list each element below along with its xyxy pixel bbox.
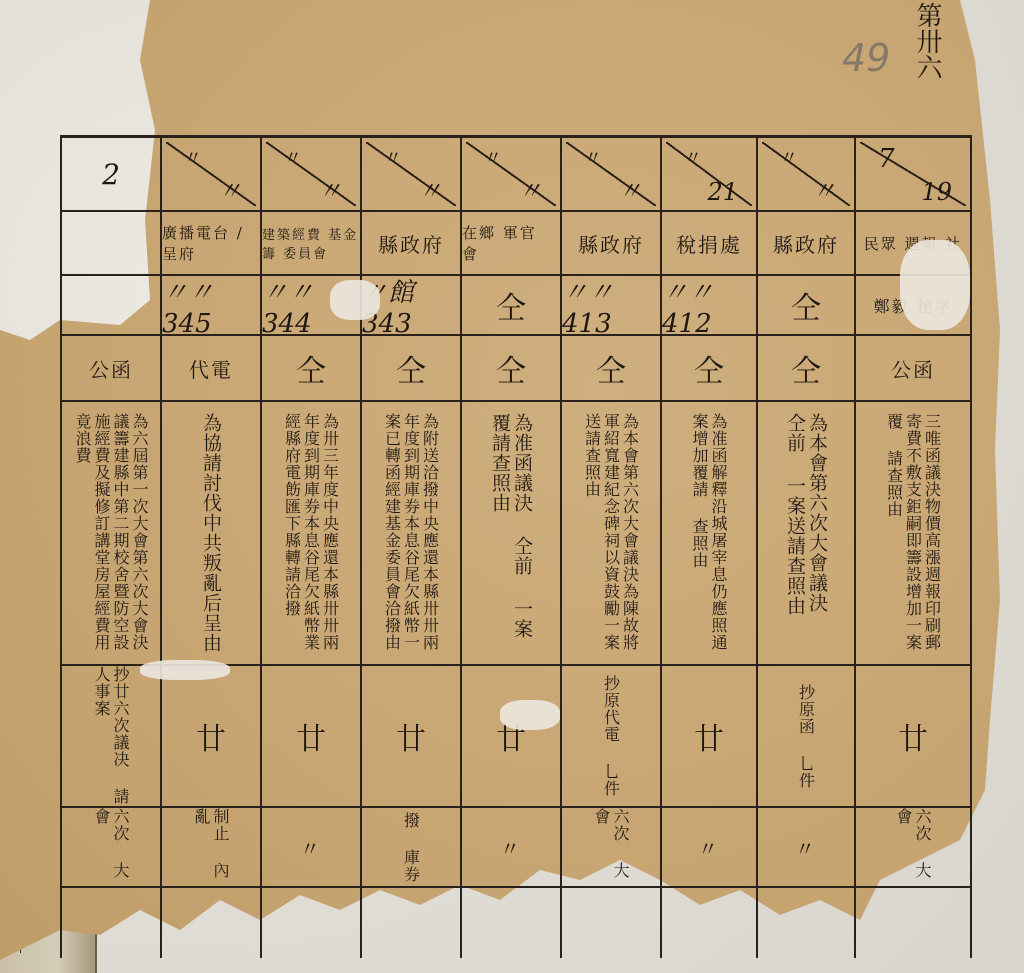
row-action: 抄廿六次議决 請人事案 廿 廿 廿 廿 抄原代電 乚件 廿 抄原函 乚件 廿	[60, 666, 972, 808]
date-cell: 〃〃	[160, 138, 260, 210]
blank-cell	[260, 888, 360, 958]
blank-cell	[60, 888, 160, 958]
row-lead-date: 2	[60, 138, 160, 210]
type-cell: 代電	[160, 336, 260, 400]
note-cell: 六次 大會	[854, 808, 972, 886]
type-cell: 公函	[60, 336, 160, 400]
summary-cell: 為六屆第一次大會第六次大會決議籌建縣中第二期校舍暨防空設施經費及擬修訂講堂房屋經…	[60, 402, 160, 664]
date-cell: 〃21	[660, 138, 756, 210]
action-cell: 抄原代電 乚件	[560, 666, 660, 806]
date-cell: 〃〃	[260, 138, 360, 210]
type-cell: 仝	[660, 336, 756, 400]
row-date: 2 〃〃 〃〃 〃〃 〃〃 〃〃 〃21 〃〃 719	[60, 138, 972, 212]
row-summary: 為六屆第一次大會第六次大會決議籌建縣中第二期校舍暨防空設施經費及擬修訂講堂房屋經…	[60, 402, 972, 666]
note-cell: 〃	[260, 808, 360, 886]
action-cell: 廿	[360, 666, 460, 806]
paper-tear	[140, 660, 230, 680]
type-cell: 仝	[560, 336, 660, 400]
row-organization: 廣播電台 / 呈府 建築經費 基金籌 委員會 縣政府 在鄉 軍官 會 縣政府 稅…	[60, 212, 972, 276]
row-blank	[60, 888, 972, 958]
paper-tear	[900, 240, 970, 330]
summary-cell: 為卅三年度中央應還本縣卅卅兩年度到期庫券本息谷尾欠紙幣業經縣府電飭匯下縣轉請洽撥	[260, 402, 360, 664]
note-cell: 撥 庫券	[360, 808, 460, 886]
org-cell: 縣政府	[560, 212, 660, 274]
type-cell: 公函	[854, 336, 972, 400]
action-cell: 抄原函 乚件	[756, 666, 854, 806]
action-cell: 廿	[460, 666, 560, 806]
note-cell: 制止 內亂	[160, 808, 260, 886]
blank-cell	[560, 888, 660, 958]
num-cell: 〃〃413	[560, 276, 660, 334]
date-cell: 〃〃	[560, 138, 660, 210]
action-cell: 抄廿六次議决 請人事案	[60, 666, 160, 806]
blank-cell	[660, 888, 756, 958]
note-cell: 〃	[460, 808, 560, 886]
date-cell: 719	[854, 138, 972, 210]
paper-tear	[500, 700, 560, 730]
num-cell: 仝	[756, 276, 854, 334]
org-cell: 稅捐處	[660, 212, 756, 274]
blank-cell	[460, 888, 560, 958]
summary-cell: 三唯函議決物價高漲週報印刷郵寄費不敷支鉅嗣即籌設增加一案覆 請查照由	[854, 402, 972, 664]
summary-cell: 為本會第六次大會議決 仝前 一案送請查照由	[756, 402, 854, 664]
note-cell: 六次 大會	[60, 808, 160, 886]
summary-cell: 為本會第六次大會議決為陳故將軍紹寬建紀念碑祠以資鼓勵一案 送請查照由	[560, 402, 660, 664]
pencil-page-number: 49	[842, 36, 890, 80]
blank-cell	[854, 888, 972, 958]
summary-cell: 為准函議決 仝前 一案覆請查照由	[460, 402, 560, 664]
note-cell: 〃	[660, 808, 756, 886]
type-cell: 仝	[756, 336, 854, 400]
num-cell: 〃〃345	[160, 276, 260, 334]
action-cell: 廿	[854, 666, 972, 806]
org-cell: 建築經費 基金籌 委員會	[260, 212, 360, 274]
date-cell: 〃〃	[756, 138, 854, 210]
blank-cell	[756, 888, 854, 958]
num-cell: 〃〃412	[660, 276, 756, 334]
org-cell: 在鄉 軍官 會	[460, 212, 560, 274]
date-cell: 〃〃	[460, 138, 560, 210]
summary-cell: 為准函解釋沿城屠宰息仍應照通案增加覆請 查照由	[660, 402, 756, 664]
row-note: 六次 大會 制止 內亂 〃 撥 庫券 〃 六次 大會 〃 〃 六次 大會	[60, 808, 972, 888]
org-cell: 廣播電台 / 呈府	[160, 212, 260, 274]
action-cell: 廿	[660, 666, 756, 806]
paper-tear	[330, 280, 380, 320]
num-cell: 仝	[460, 276, 560, 334]
action-cell: 廿	[260, 666, 360, 806]
org-cell: 縣政府	[360, 212, 460, 274]
note-cell: 六次 大會	[560, 808, 660, 886]
row-doc-type: 公函 代電 仝 仝 仝 仝 仝 仝 公函	[60, 336, 972, 402]
date-cell: 〃〃	[360, 138, 460, 210]
row-doc-number: 〃〃345 〃〃344 〃館343 仝 〃〃413 〃〃412 仝 鄭毅 秘字	[60, 276, 972, 336]
type-cell: 仝	[260, 336, 360, 400]
org-cell: 縣政府	[756, 212, 854, 274]
type-cell: 仝	[360, 336, 460, 400]
register-table: 2 〃〃 〃〃 〃〃 〃〃 〃〃 〃21 〃〃 719 廣播電台 / 呈府 建築…	[60, 135, 972, 958]
num-cell-partial	[60, 276, 160, 334]
summary-cell: 為附送洽撥中央應還本縣卅卅兩年度到期庫券本息谷尾欠紙幣一案已轉函經建基金委員會洽…	[360, 402, 460, 664]
note-cell: 〃	[756, 808, 854, 886]
summary-cell: 為協請討伐中共叛亂后呈由	[160, 402, 260, 664]
org-cell-partial	[60, 212, 160, 274]
blank-cell	[160, 888, 260, 958]
action-cell: 廿	[160, 666, 260, 806]
blank-cell	[360, 888, 460, 958]
type-cell: 仝	[460, 336, 560, 400]
